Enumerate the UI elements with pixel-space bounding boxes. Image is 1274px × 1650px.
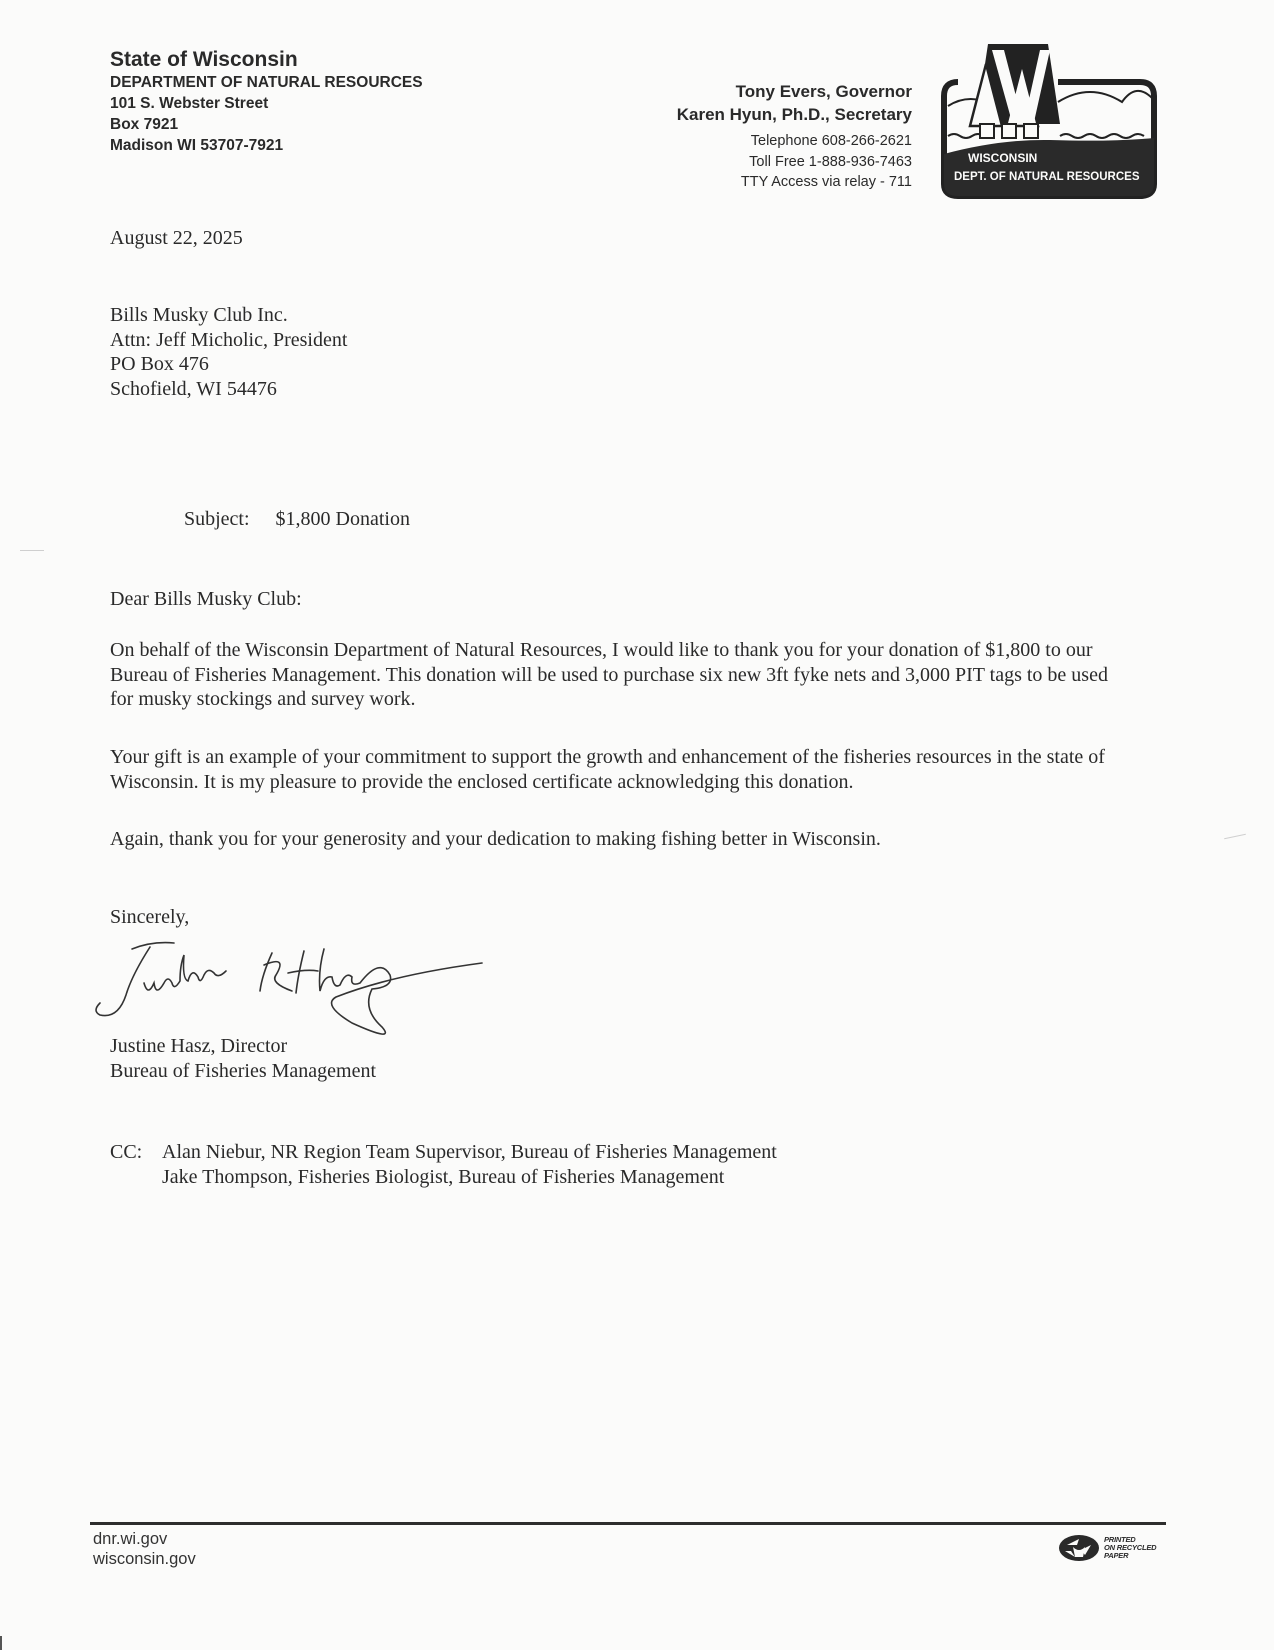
tty-access: TTY Access via relay - 711 <box>677 172 912 193</box>
scan-artifact <box>20 550 44 551</box>
letter-date: August 22, 2025 <box>110 226 243 251</box>
cc-recipient: Alan Niebur, NR Region Team Supervisor, … <box>162 1140 777 1165</box>
subject-label: Subject: <box>184 508 250 530</box>
body-paragraph: Again, thank you for your generosity and… <box>110 827 1120 852</box>
signer-name: Justine Hasz, Director <box>110 1034 376 1059</box>
cc-list: CC: Alan Niebur, NR Region Team Supervis… <box>110 1140 777 1189</box>
street-address: 101 S. Webster Street <box>110 93 423 114</box>
wisconsin-dnr-logo-icon: WISCONSIN DEPT. OF NATURAL RESOURCES <box>940 44 1158 200</box>
closing: Sincerely, <box>110 905 189 930</box>
telephone: Telephone 608-266-2621 <box>677 131 912 152</box>
scan-artifact <box>1224 834 1246 840</box>
recycle-icon <box>1057 1533 1101 1563</box>
cc-label: CC: <box>110 1140 162 1165</box>
secretary-line: Karen Hyun, Ph.D., Secretary <box>677 103 912 126</box>
cc-recipient: Jake Thompson, Fisheries Biologist, Bure… <box>162 1165 724 1190</box>
recycled-paper-badge: PRINTED ON RECYCLED PAPER <box>1057 1532 1177 1564</box>
subject-value: $1,800 Donation <box>276 508 410 530</box>
signer-block: Justine Hasz, Director Bureau of Fisheri… <box>110 1034 376 1083</box>
footer-divider <box>90 1522 1166 1525</box>
svg-text:WISCONSIN: WISCONSIN <box>968 151 1037 165</box>
recipient-po-box: PO Box 476 <box>110 352 347 377</box>
letterhead-officials-block: Tony Evers, Governor Karen Hyun, Ph.D., … <box>677 80 912 193</box>
body-paragraph: On behalf of the Wisconsin Department of… <box>110 638 1120 712</box>
footer-links: dnr.wi.gov wisconsin.gov <box>93 1529 196 1569</box>
recipient-city: Schofield, WI 54476 <box>110 377 347 402</box>
body-paragraph: Your gift is an example of your commitme… <box>110 745 1120 794</box>
city-state-zip: Madison WI 53707-7921 <box>110 135 423 156</box>
po-box: Box 7921 <box>110 114 423 135</box>
subject-line: Subject:$1,800 Donation <box>184 507 410 532</box>
salutation: Dear Bills Musky Club: <box>110 587 302 612</box>
toll-free: Toll Free 1-888-936-7463 <box>677 152 912 173</box>
governor-line: Tony Evers, Governor <box>677 80 912 103</box>
handwritten-signature-icon <box>92 935 512 1045</box>
department-name: DEPARTMENT OF NATURAL RESOURCES <box>110 72 423 93</box>
state-name: State of Wisconsin <box>110 48 423 72</box>
signer-org: Bureau of Fisheries Management <box>110 1059 376 1084</box>
scan-artifact <box>0 1636 2 1650</box>
recipient-attn: Attn: Jeff Micholic, President <box>110 328 347 353</box>
svg-text:DEPT. OF NATURAL RESOURCES: DEPT. OF NATURAL RESOURCES <box>954 171 1140 183</box>
footer-link-wisconsin[interactable]: wisconsin.gov <box>93 1549 196 1569</box>
letterhead-address-block: State of Wisconsin DEPARTMENT OF NATURAL… <box>110 48 423 156</box>
recipient-org: Bills Musky Club Inc. <box>110 303 347 328</box>
footer-link-dnr[interactable]: dnr.wi.gov <box>93 1529 196 1549</box>
recipient-address: Bills Musky Club Inc. Attn: Jeff Micholi… <box>110 303 347 401</box>
